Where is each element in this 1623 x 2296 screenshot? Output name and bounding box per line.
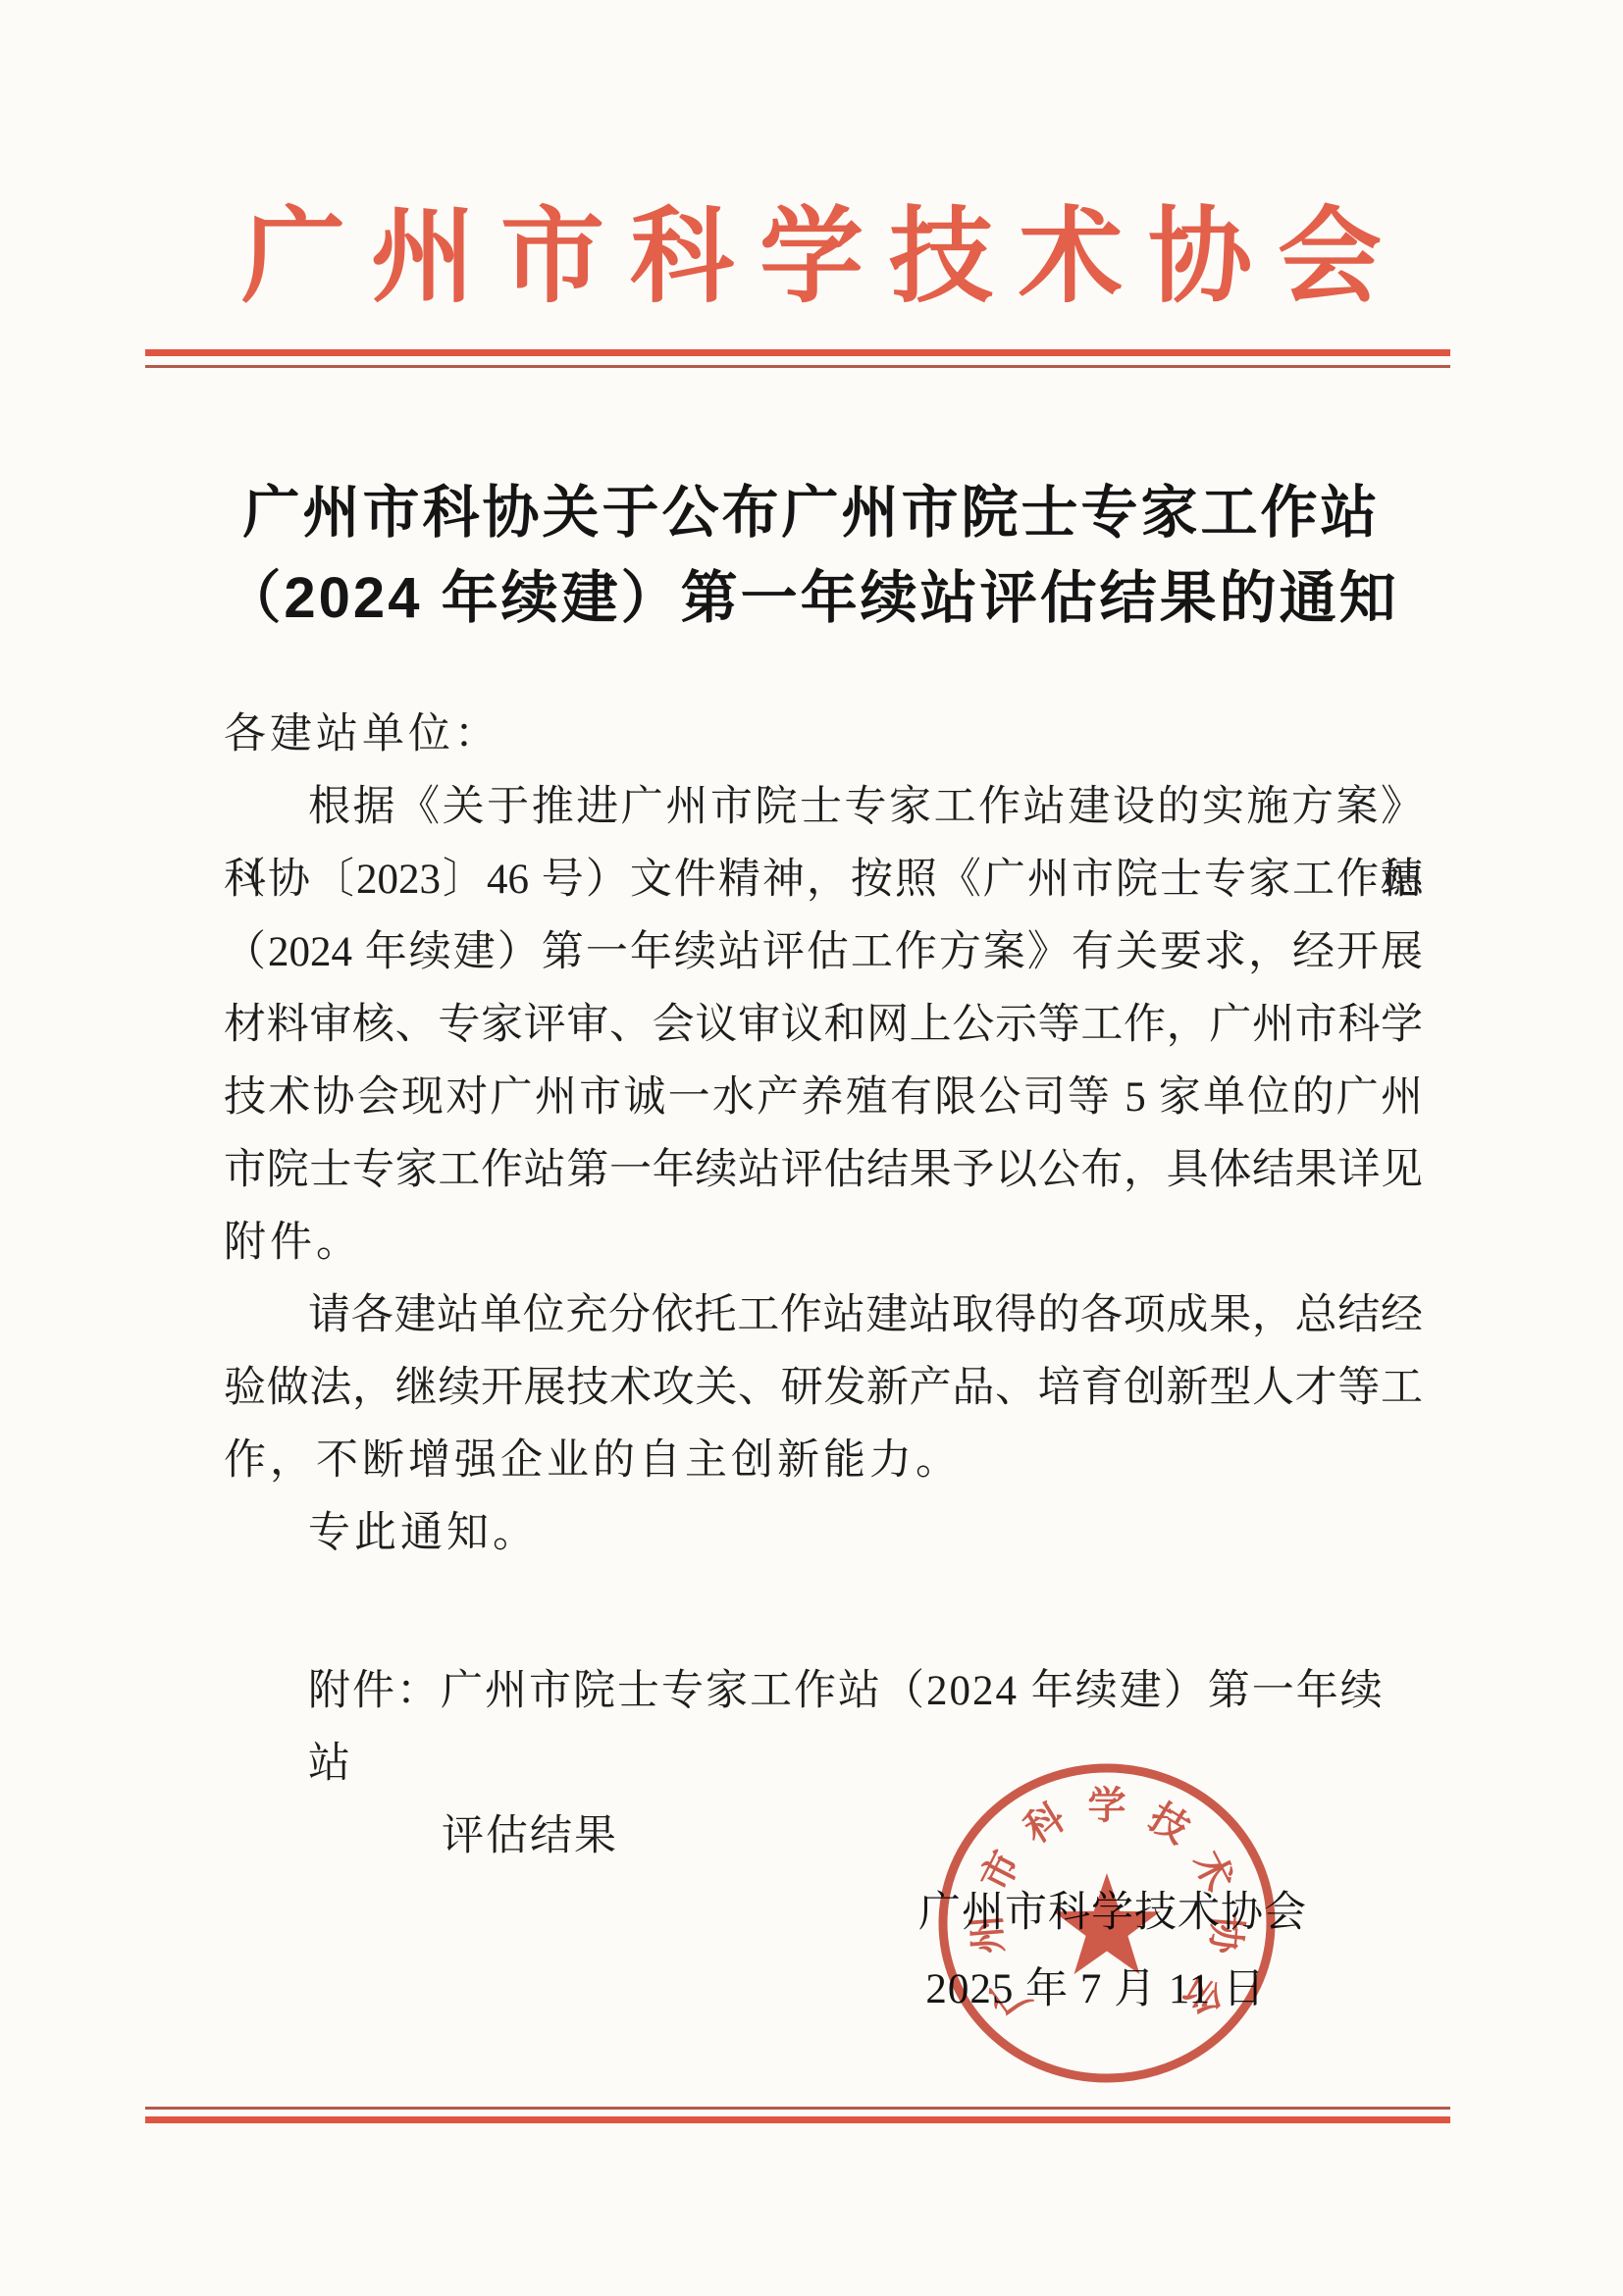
seal-ring-char: 州 bbox=[966, 1913, 1011, 1955]
seal-ring-char: 协 bbox=[1203, 1913, 1248, 1957]
body-line: （2024 年续建）第一年续站评估工作方案》有关要求，经开展 bbox=[224, 916, 1423, 989]
body-text: 各建站单位：根据《关于推进广州市院士专家工作站建设的实施方案》（穗科协〔2023… bbox=[224, 699, 1423, 1570]
document-title-line2: （2024 年续建）第一年续站评估结果的通知 bbox=[0, 555, 1623, 641]
seal-ring-char: 学 bbox=[1087, 1786, 1126, 1828]
official-document-page: 广州市科学技术协会 广州市科协关于公布广州市院士专家工作站 （2024 年续建）… bbox=[0, 0, 1623, 2296]
seal-ring-char: 广 bbox=[982, 1967, 1039, 2023]
seal-ring-char: 技 bbox=[1141, 1796, 1196, 1852]
body-line: 作，不断增强企业的自主创新能力。 bbox=[224, 1425, 1423, 1497]
footer-rule-thin bbox=[145, 2107, 1450, 2110]
body-line: 技术协会现对广州市诚一水产养殖有限公司等 5 家单位的广州 bbox=[224, 1062, 1423, 1134]
letterhead-org-name: 广州市科学技术协会 bbox=[0, 200, 1623, 316]
body-line: 材料审核、专家评审、会议审议和网上公示等工作，广州市科学 bbox=[224, 989, 1423, 1062]
seal-ring-char: 会 bbox=[1175, 1967, 1231, 2023]
letterhead-rule-thick bbox=[145, 349, 1450, 356]
seal-ring-char: 术 bbox=[1185, 1845, 1240, 1898]
seal-ring-char: 科 bbox=[1018, 1796, 1073, 1852]
document-title-line1: 广州市科协关于公布广州市院士专家工作站 bbox=[0, 470, 1623, 555]
body-line: 验做法，继续开展技术攻关、研发新产品、培育创新型人才等工 bbox=[224, 1352, 1423, 1425]
body-line: 专此通知。 bbox=[224, 1497, 1423, 1570]
body-line: 科协〔2023〕46 号）文件精神，按照《广州市院士专家工作站 bbox=[224, 844, 1423, 916]
footer-rule-thick bbox=[145, 2116, 1450, 2123]
seal-star-icon bbox=[1054, 1873, 1160, 1974]
body-line: 附件。 bbox=[224, 1207, 1423, 1279]
letterhead-rule-thin bbox=[145, 365, 1450, 368]
seal-ring-char: 市 bbox=[973, 1845, 1028, 1898]
document-title: 广州市科协关于公布广州市院士专家工作站 （2024 年续建）第一年续站评估结果的… bbox=[0, 470, 1623, 641]
seal-graphic: 广州市科学技术协会 bbox=[934, 1754, 1280, 2092]
body-line: 市院士专家工作站第一年续站评估结果予以公布，具体结果详见 bbox=[224, 1134, 1423, 1207]
official-seal: 广州市科学技术协会 bbox=[934, 1754, 1280, 2092]
body-line: 请各建站单位充分依托工作站建站取得的各项成果，总结经 bbox=[224, 1279, 1423, 1352]
body-line: 各建站单位： bbox=[224, 699, 1423, 771]
body-line: 根据《关于推进广州市院士专家工作站建设的实施方案》（穗 bbox=[224, 771, 1423, 844]
